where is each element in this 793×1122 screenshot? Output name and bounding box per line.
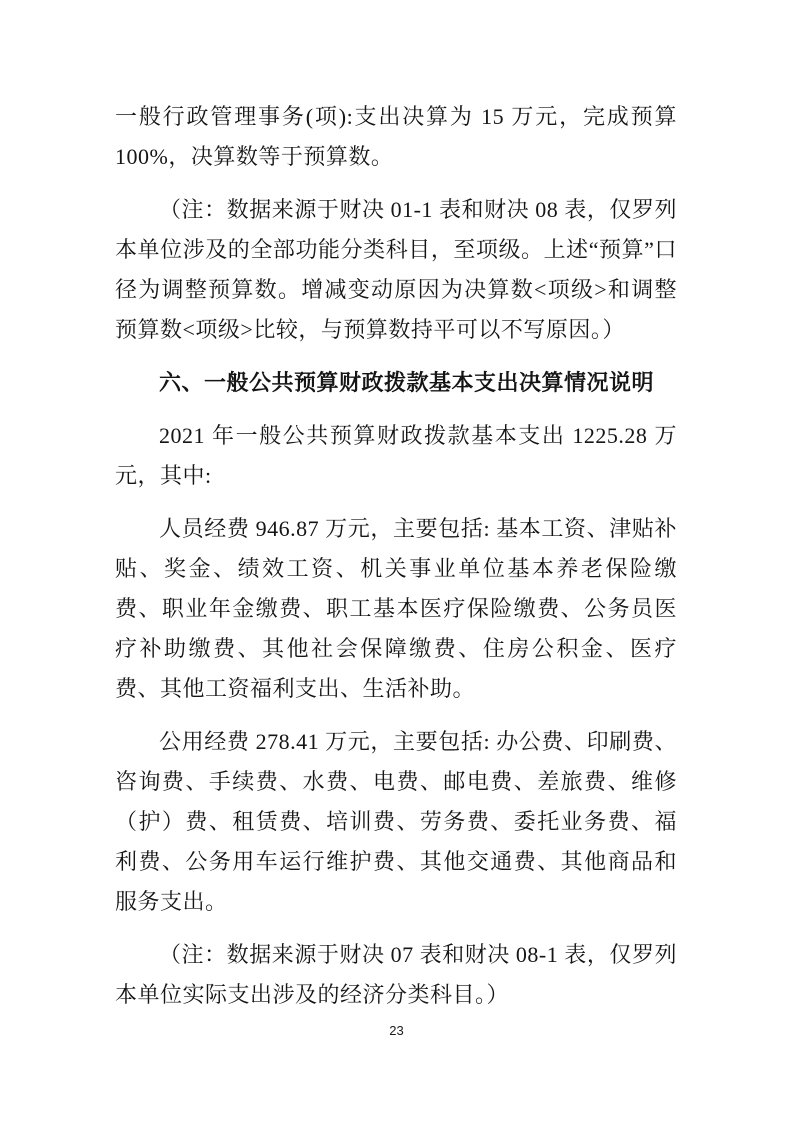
paragraph-admin-affairs-expenditure: 一般行政管理事务(项):支出决算为 15 万元，完成预算 100%，决算数等于预… [115,97,677,177]
section-heading-basic-expenditure: 六、一般公共预算财政拨款基本支出决算情况说明 [115,363,677,403]
page-number: 23 [0,1023,793,1038]
paragraph-public-expenses: 公用经费 278.41 万元，主要包括: 办公费、印刷费、咨询费、手续费、水费、… [115,722,677,922]
paragraph-basic-expenditure-total: 2021 年一般公共预算财政拨款基本支出 1225.28 万元，其中: [115,416,677,496]
paragraph-personnel-expenses: 人员经费 946.87 万元，主要包括: 基本工资、津贴补贴、奖金、绩效工资、机… [115,509,677,709]
note-economic-classification-source: （注：数据来源于财决 07 表和财决 08-1 表，仅罗列本单位实际支出涉及的经… [115,935,677,1015]
note-functional-classification-source: （注：数据来源于财决 01-1 表和财决 08 表，仅罗列本单位涉及的全部功能分… [115,190,677,350]
document-page: 一般行政管理事务(项):支出决算为 15 万元，完成预算 100%，决算数等于预… [0,0,793,1122]
page-content: 一般行政管理事务(项):支出决算为 15 万元，完成预算 100%，决算数等于预… [115,97,677,1028]
